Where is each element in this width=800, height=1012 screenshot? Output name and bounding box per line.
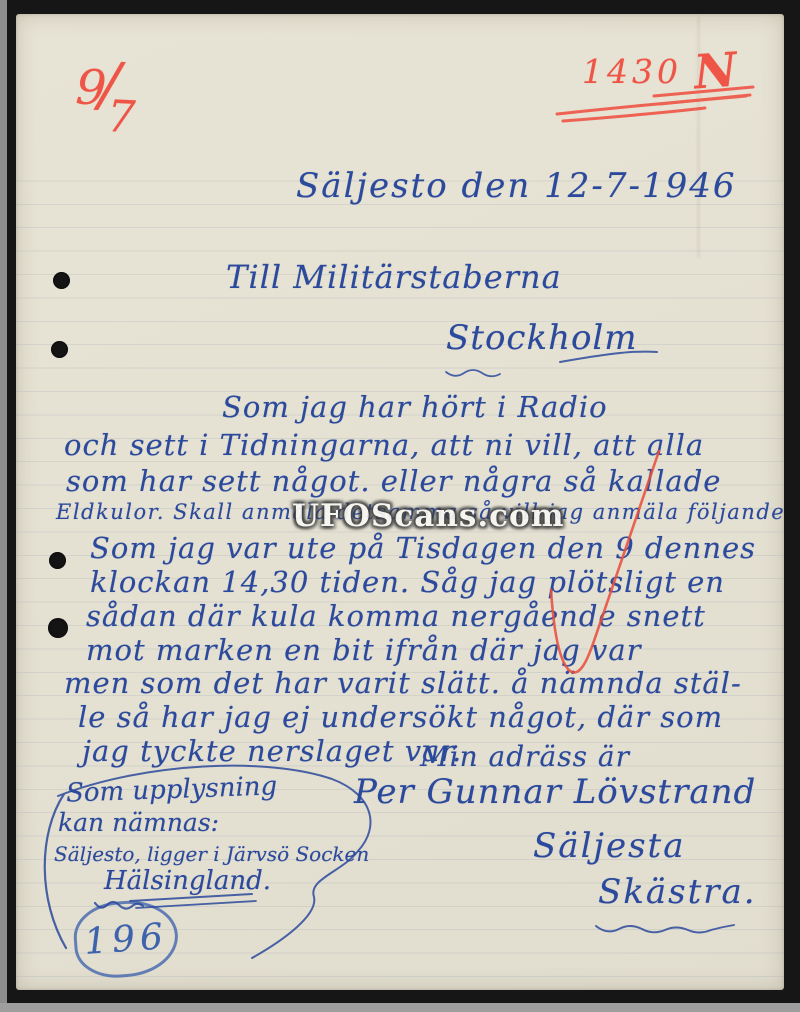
letter-line-3: som har sett något. eller några så kalla…	[66, 464, 721, 498]
closing-line: Min adräss är	[420, 740, 630, 773]
dateline: Säljesto den 12-7-1946	[296, 166, 736, 206]
watermark: UFOScans.com	[292, 498, 565, 534]
side-note-line-2: kan nämnas:	[58, 808, 219, 837]
side-note-line-4: Hälsingland.	[104, 866, 271, 896]
page-number: 196	[83, 916, 169, 963]
letter-line-5: Som jag var ute på Tisdagen den 9 dennes	[90, 531, 756, 565]
scanner-bed-left-strip	[0, 0, 7, 1012]
letter-line-11: jag tyckte nerslaget var.	[82, 734, 462, 768]
scanned-letter-page: { "watermark": { "text": "UFOScans.com" …	[0, 0, 800, 1012]
archive-code-suffix: N	[692, 43, 739, 101]
letter-line-1: Som jag har hört i Radio	[222, 390, 608, 424]
address-line-1: Säljesta	[533, 826, 685, 866]
hole-punch	[48, 618, 68, 638]
letter-line-10: le så har jag ej undersökt något, där so…	[78, 700, 723, 734]
letter-line-7: sådan där kula komma nergående snett	[86, 599, 706, 633]
archive-code: 1430	[582, 44, 682, 91]
hole-punch	[53, 272, 70, 289]
recipient-city: Stockholm	[446, 318, 638, 358]
letter-line-6: klockan 14,30 tiden. Såg jag plötsligt e…	[90, 565, 725, 599]
hole-punch	[51, 341, 68, 358]
letter-line-8: mot marken en bit ifrån där jag var	[86, 633, 641, 667]
side-note-line-3: Säljesto, ligger i Järvsö Socken	[54, 842, 369, 866]
hole-punch	[49, 552, 66, 569]
signature: Per Gunnar Lövstrand	[354, 772, 756, 812]
letter-line-9: men som det har varit slätt. å nämnda st…	[64, 666, 742, 700]
red-date-denominator: 7	[106, 91, 137, 143]
address-line-2: Skästra.	[598, 872, 757, 912]
scanner-bed-bottom-strip	[0, 1003, 800, 1012]
red-archive-date-annotation: 9/7	[74, 48, 142, 121]
letter-line-2: och sett i Tidningarna, att ni vill, att…	[64, 428, 704, 462]
red-archive-code-annotation: 1430 N	[582, 44, 737, 99]
recipient-line: Till Militärstaberna	[226, 258, 562, 296]
